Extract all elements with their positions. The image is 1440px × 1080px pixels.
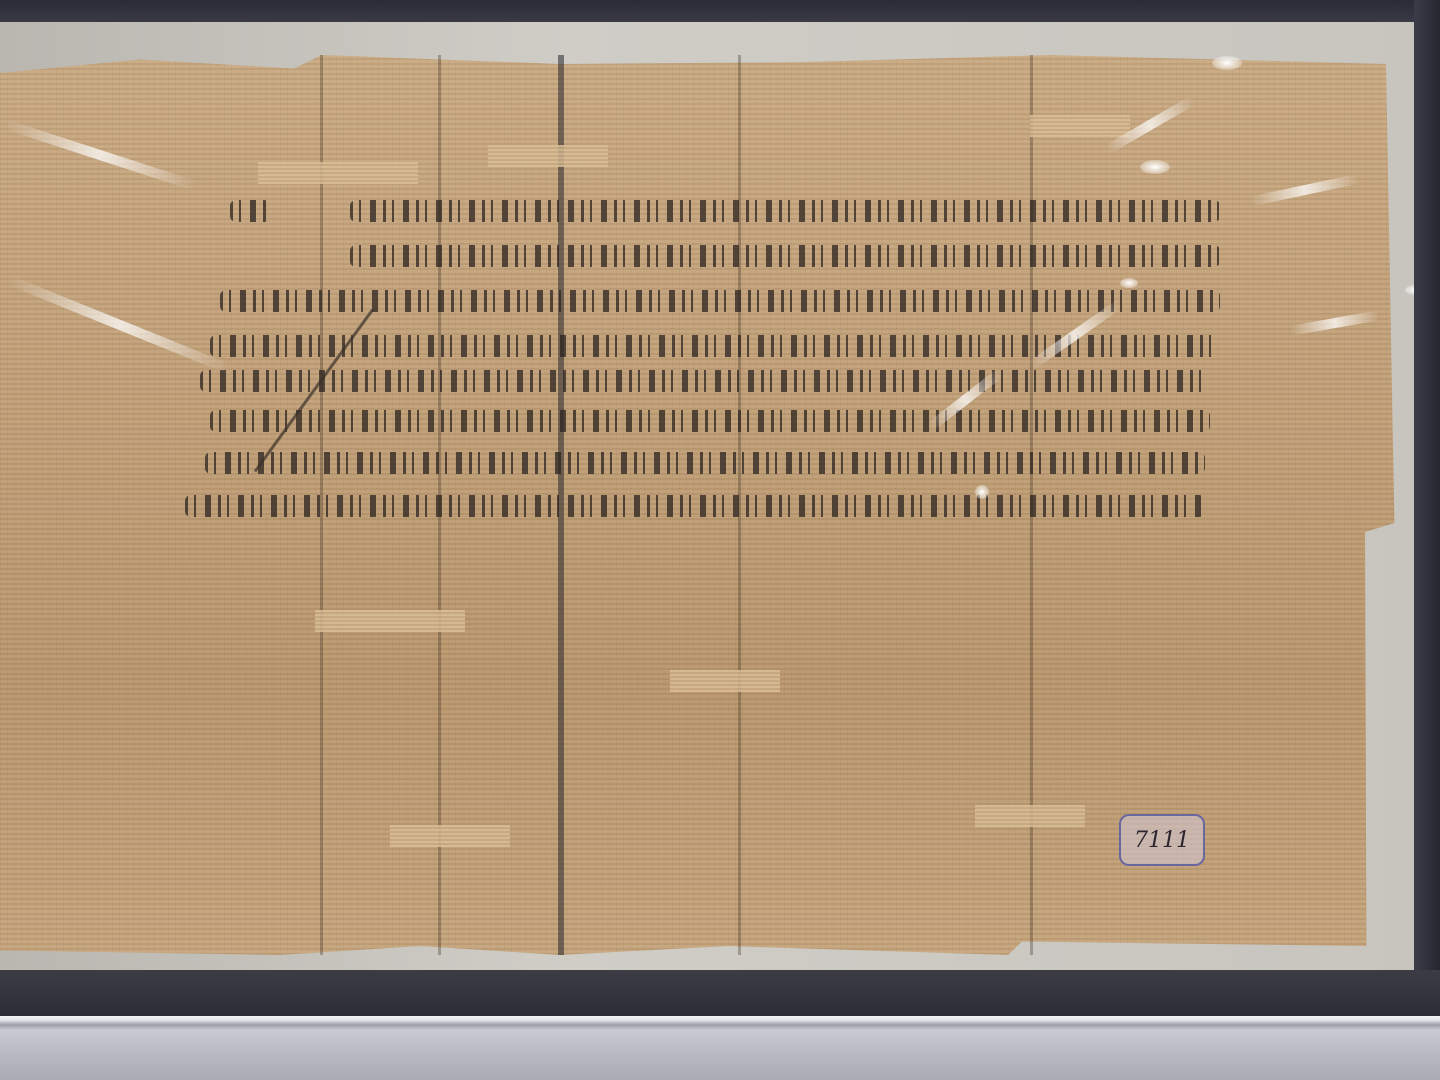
display-case-sill xyxy=(0,1016,1440,1080)
repair-strip xyxy=(390,825,510,847)
repair-strip xyxy=(1030,115,1130,137)
frame-top-edge xyxy=(0,0,1440,24)
text-line xyxy=(185,495,1205,517)
light-reflection xyxy=(1140,160,1170,174)
repair-strip xyxy=(315,610,465,632)
text-line xyxy=(205,452,1205,474)
repair-strip xyxy=(975,805,1085,827)
light-reflection xyxy=(1212,56,1242,70)
hieratic-text-block xyxy=(180,190,1230,550)
frame-right-edge xyxy=(1414,0,1440,1000)
inventory-label: 7111 xyxy=(1119,814,1205,866)
margin-note xyxy=(230,200,270,222)
light-reflection xyxy=(1120,278,1138,288)
text-line xyxy=(200,370,1210,392)
repair-strip xyxy=(488,145,608,167)
text-line xyxy=(350,200,1220,222)
repair-strip xyxy=(670,670,780,692)
inventory-number: 7111 xyxy=(1134,828,1190,853)
text-line xyxy=(350,245,1220,267)
repair-strip xyxy=(258,162,418,184)
text-line xyxy=(210,410,1210,432)
light-reflection xyxy=(975,485,989,499)
frame-bottom-edge xyxy=(0,970,1440,1020)
